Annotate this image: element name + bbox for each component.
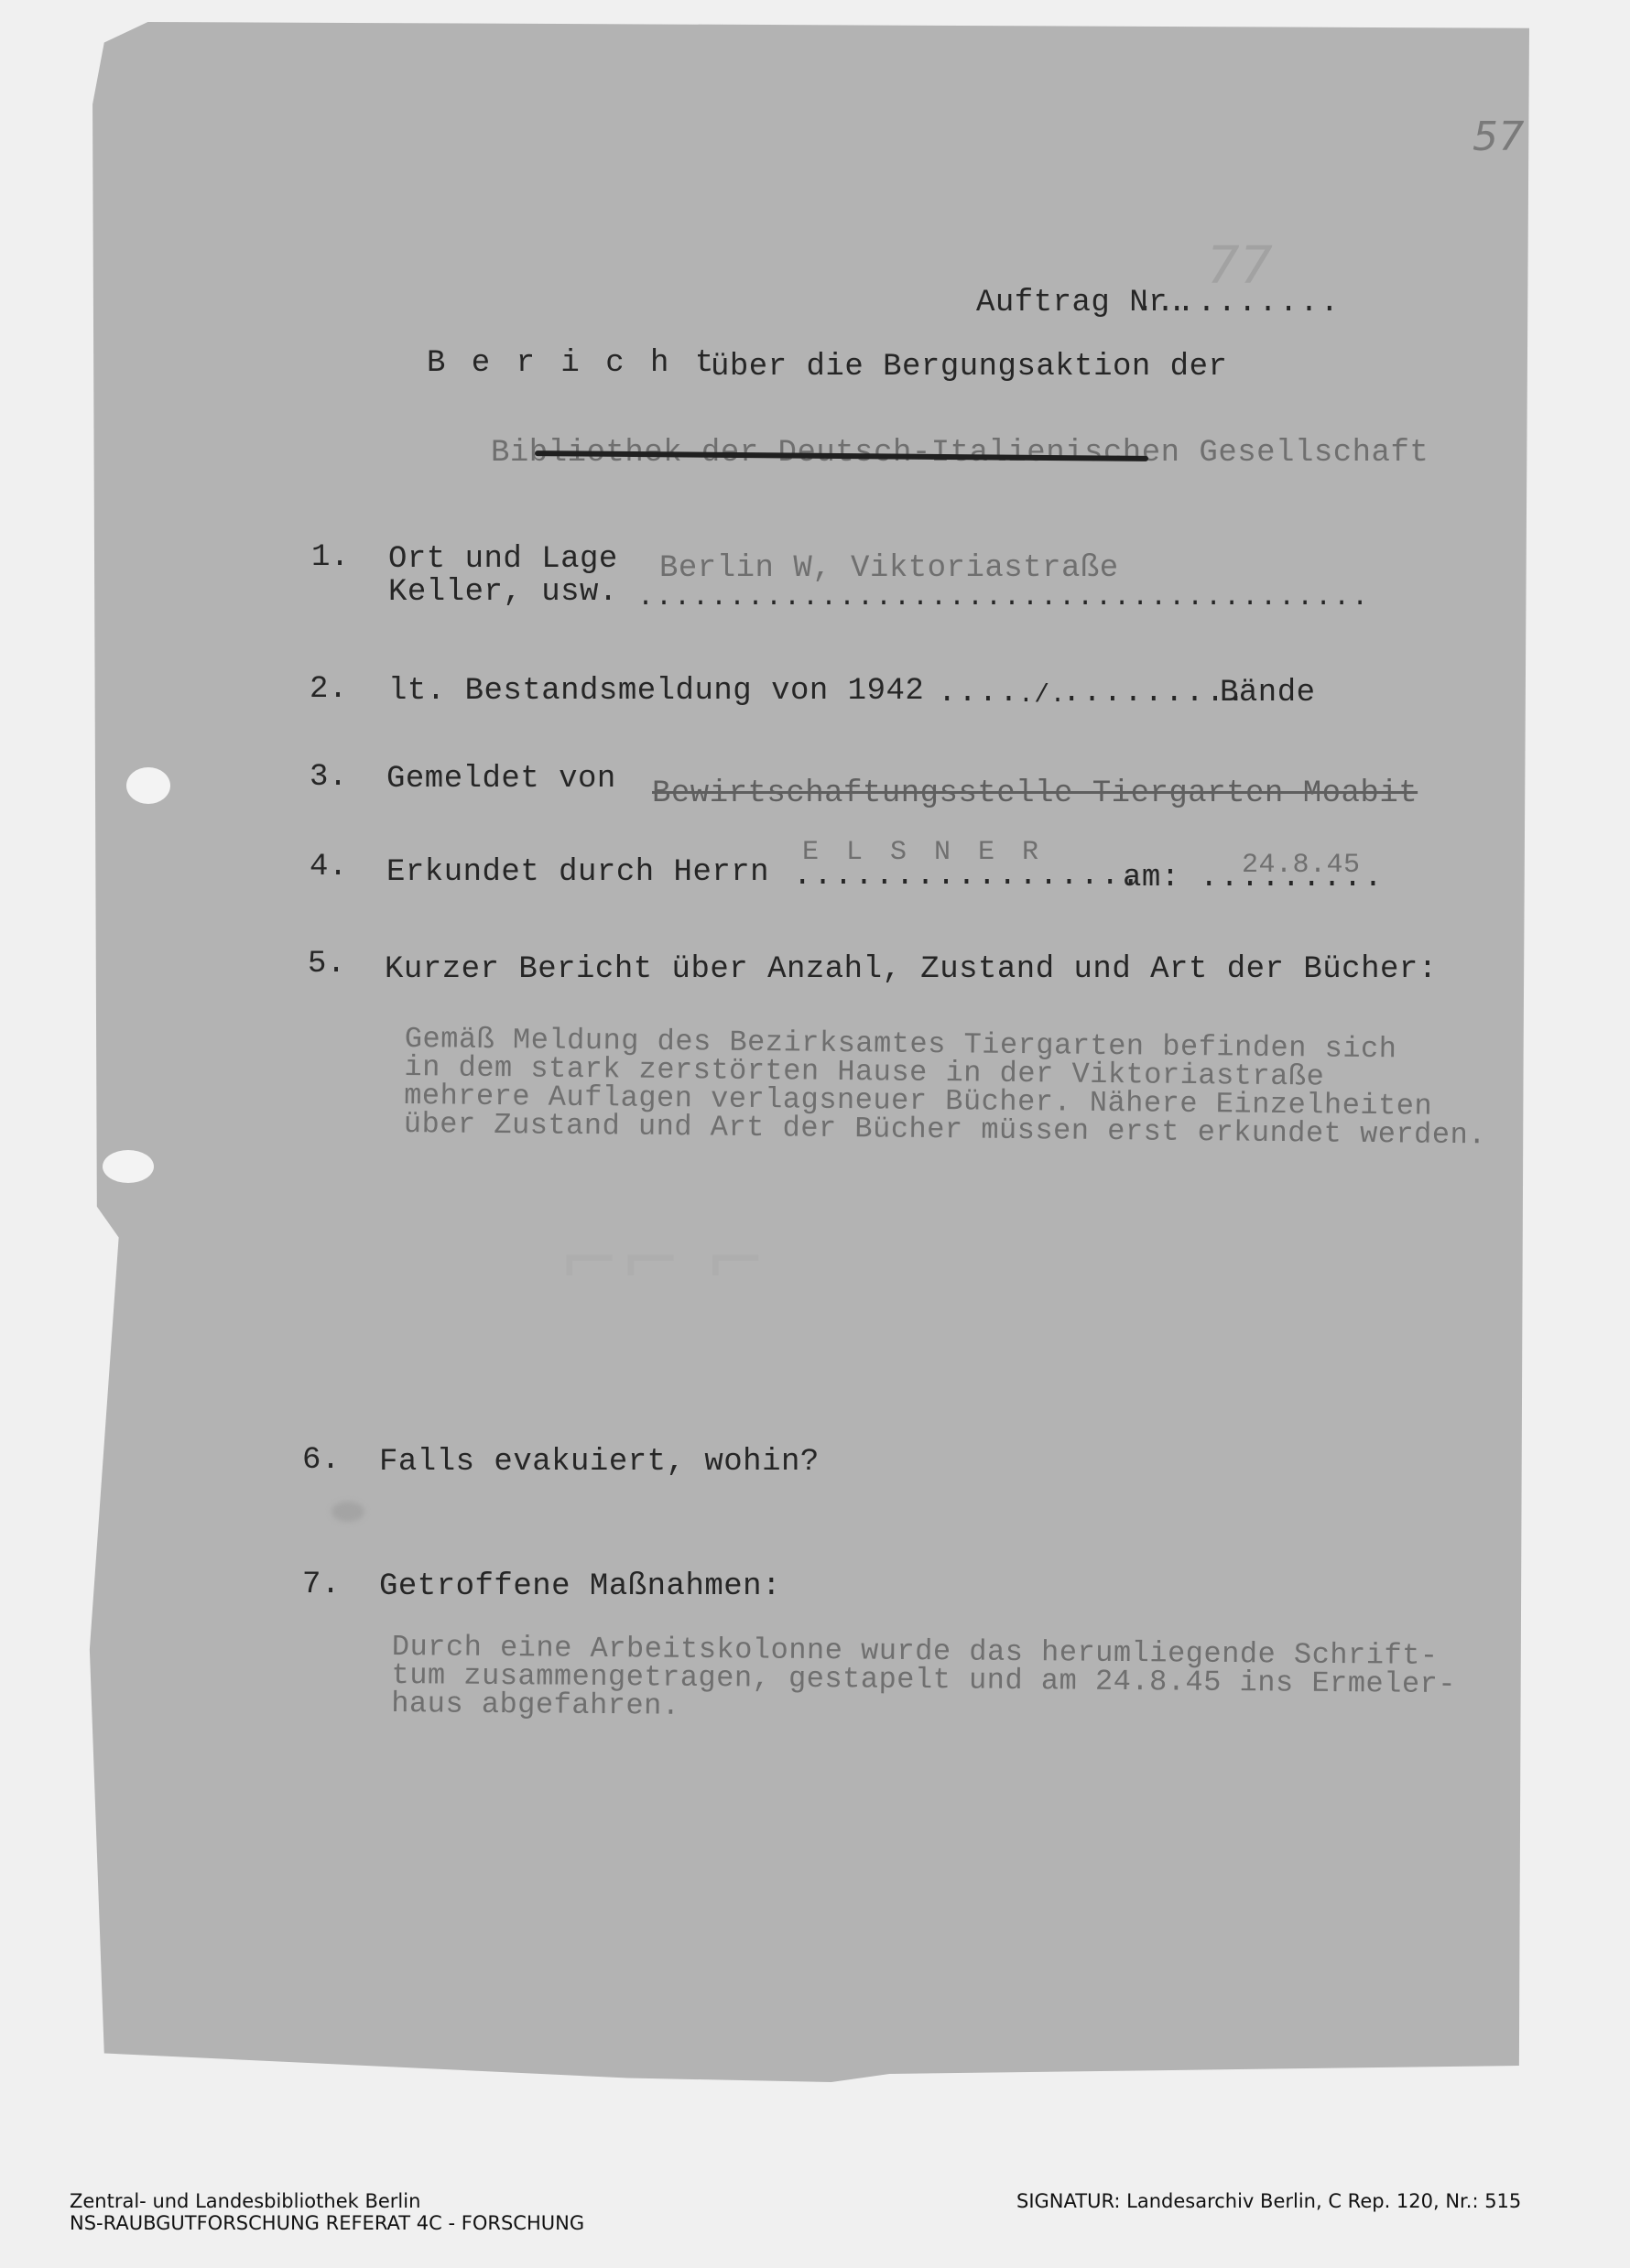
item-2-suffix: Bände (1220, 676, 1316, 711)
item-2-number: 2. (310, 672, 348, 707)
item-1-dots: ........................................ (637, 582, 1370, 613)
item-4-date-dots: ......... (1200, 861, 1385, 895)
footer-signature: SIGNATUR: Landesarchiv Berlin, C Rep. 12… (1016, 2190, 1521, 2212)
title-line-rest: über die Bergungsaktion der (711, 350, 1227, 385)
item-3-value: Bewirtschaftungsstelle Tiergarten-Moabit (652, 776, 1418, 811)
item-4-dots: ................. (793, 859, 1142, 894)
item-3-number: 3. (310, 760, 348, 795)
item-1-value: Berlin W, Viktoriastraße (659, 551, 1119, 586)
order-dots: .......... (1136, 286, 1341, 320)
item-2-label: lt. Bestandsmeldung von 1942 (388, 674, 924, 709)
bleed-through-mark: ⌐⌐ ⌐ (559, 1218, 766, 1303)
footer-institution: Zentral- und Landesbibliothek Berlin (70, 2190, 584, 2212)
footer-left: Zentral- und Landesbibliothek Berlin NS-… (70, 2190, 584, 2234)
punch-hole-upper (126, 767, 170, 804)
smudge-mark (331, 1502, 364, 1522)
item-4-date-label: am: (1123, 861, 1180, 895)
item-5-body: Gemäß Meldung des Bezirksamtes Tiergarte… (403, 1022, 1487, 1168)
item-4-number: 4. (310, 850, 348, 884)
page-number-handwritten: 57 (1472, 114, 1525, 160)
item-2-value: ./. (1018, 681, 1066, 710)
item-6-label: Falls evakuiert, wohin? (379, 1445, 820, 1480)
item-4-label: Erkundet durch Herrn (386, 855, 769, 890)
item-1-label-1: Ort und Lage (388, 542, 618, 577)
item-7-label: Getroffene Maßnahmen: (379, 1569, 781, 1604)
item-2-dots-before: .... (938, 676, 1020, 711)
punch-hole-lower (103, 1150, 154, 1183)
footer-department: NS-RAUBGUTFORSCHUNG REFERAT 4C - FORSCHU… (70, 2212, 584, 2234)
item-5-label: Kurzer Bericht über Anzahl, Zustand und … (385, 952, 1438, 987)
item-5-number: 5. (308, 947, 346, 982)
item-3-label: Gemeldet von (386, 762, 616, 797)
item-1-number: 1. (311, 540, 350, 575)
title-bericht: B e r i c h t (427, 346, 717, 381)
item-6-number: 6. (302, 1443, 341, 1478)
item-7-body: Durch eine Arbeitskolonne wurde das heru… (391, 1630, 1456, 1741)
item-1-label-2: Keller, usw. (388, 575, 618, 610)
item-7-number: 7. (302, 1568, 341, 1602)
